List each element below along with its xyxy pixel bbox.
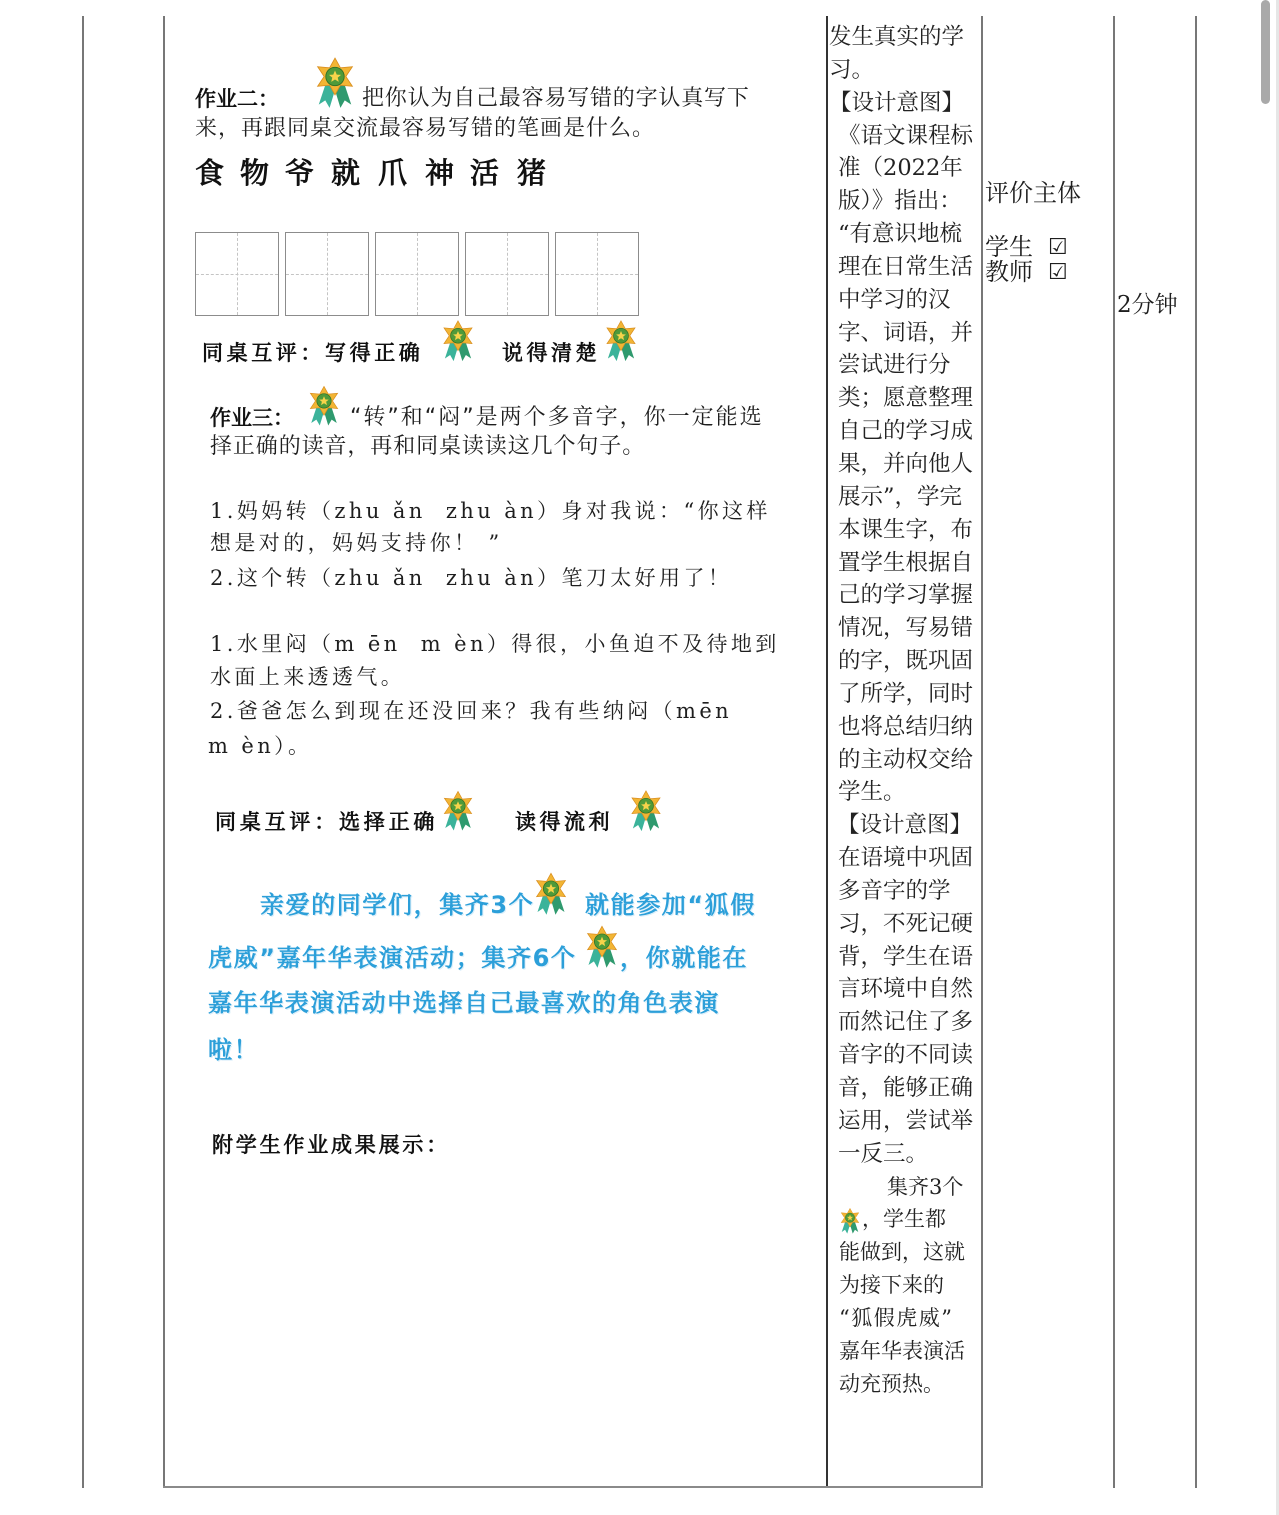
design-intent-line: 学生。 — [829, 776, 981, 809]
design-intent-line: 嘉年华表演活 — [829, 1335, 981, 1368]
reward-notice-line2-b: ，你就能在 — [620, 942, 748, 974]
homework3-label: 作业三： — [210, 403, 294, 433]
design-intent-cell: 发生真实的学 习。 【设计意图】 《语文课程标 准（2022年 版）》指出： “… — [829, 21, 981, 1400]
medal-icon — [440, 320, 476, 362]
design-intent-line: 在语境中巩固 — [829, 842, 981, 875]
reward-notice-line4: 啦！ — [208, 1034, 259, 1066]
practice-char: 物 — [240, 157, 269, 189]
sentence-men-2-line1: 2.爸爸怎么到现在还没回来？我有些纳闷（mēn — [210, 695, 732, 727]
design-intent-line: 本课生字，布 — [829, 514, 981, 547]
design-intent-line: 能做到，这就 — [829, 1236, 981, 1269]
checked-box-icon[interactable]: ☑ — [1048, 235, 1068, 260]
evaluation-option-student: 学生 ☑ — [985, 235, 1033, 260]
table-border-bottom — [163, 1486, 983, 1488]
peer-review-1-criterion-1: 同桌互评：写得正确 — [202, 338, 423, 368]
peer-review-2-criterion-1: 同桌互评：选择正确 — [215, 807, 438, 837]
design-intent-line: 音，能够正确 — [829, 1072, 981, 1105]
medal-icon — [307, 385, 341, 427]
design-intent-line: 的字，既巩固 — [829, 645, 981, 678]
design-intent-line: 的主动权交给 — [829, 744, 981, 777]
design-intent-line: “狐假虎威” — [829, 1302, 981, 1335]
design-intent-line: 动充预热。 — [829, 1368, 981, 1401]
design-intent-line: 字、词语，并 — [829, 317, 981, 350]
writing-grid-box — [195, 232, 279, 316]
practice-char: 食 — [195, 157, 224, 189]
homework2-label: 作业二： — [195, 84, 279, 114]
table-border-col5-left — [1113, 16, 1115, 1488]
medal-icon — [628, 790, 664, 832]
design-intent-line: 己的学习掌握 — [829, 579, 981, 612]
homework2-instruction-line1: 把你认为自己最容易写错的字认真写下 — [362, 84, 750, 114]
homework2-instruction-line2: 来，再跟同桌交流最容易写错的笔画是什么。 — [195, 114, 655, 144]
design-intent-line: 背，学生在语 — [829, 941, 981, 974]
evaluation-option-label: 学生 — [985, 233, 1033, 261]
homework3-instruction-line1: “转”和“闷”是两个多音字，你一定能选 — [350, 403, 764, 433]
peer-review-2-criterion-2: 读得流利 — [515, 807, 613, 837]
sentence-men-1-line1: 1.水里闷（m ēn m èn）得很，小鱼迫不及待地到 — [210, 628, 780, 660]
design-intent-line: 准（2022年 — [829, 152, 981, 185]
design-intent-line: 一反三。 — [829, 1138, 981, 1171]
design-intent-text: ，学生都 — [862, 1207, 946, 1231]
vertical-scrollbar-thumb[interactable] — [1261, 0, 1270, 104]
design-intent-line: 类；愿意整理 — [829, 382, 981, 415]
time-duration: 2分钟 — [1117, 290, 1178, 320]
evaluation-subject-title: 评价主体 — [985, 178, 1081, 208]
practice-char: 活 — [470, 157, 499, 189]
design-intent-line: 言环境中自然 — [829, 973, 981, 1006]
design-intent-line: 展示”，学完 — [829, 481, 981, 514]
design-intent-line: 发生真实的学 — [829, 21, 981, 54]
table-border-col6-left — [1195, 16, 1197, 1488]
design-intent-line: 多音字的学 — [829, 875, 981, 908]
design-intent-line: 为接下来的 — [829, 1269, 981, 1302]
checked-box-icon[interactable]: ☑ — [1048, 260, 1068, 285]
medal-icon — [603, 320, 639, 362]
writing-grid-box — [555, 232, 639, 316]
attachment-label: 附学生作业成果展示： — [212, 1130, 450, 1160]
practice-char: 就 — [331, 157, 360, 189]
sentence-zhuan-1-line2: 想是对的，妈妈支持你！ ” — [210, 527, 503, 559]
reward-notice-line1-a: 亲爱的同学们，集齐3个 — [260, 889, 534, 921]
design-intent-line: 置学生根据自 — [829, 547, 981, 580]
practice-char: 爪 — [378, 157, 407, 189]
design-intent-line: 也将总结归纳 — [829, 711, 981, 744]
design-intent-line: 而然记住了多 — [829, 1006, 981, 1039]
design-intent-line: 理在日常生活 — [829, 251, 981, 284]
medal-icon — [839, 1207, 861, 1235]
design-intent-line-with-medal: ，学生都 — [829, 1203, 981, 1236]
design-intent-heading: 【设计意图】 — [829, 87, 981, 120]
sentence-men-1-line2: 水面上来透透气。 — [210, 661, 405, 693]
design-intent-line: 尝试进行分 — [829, 349, 981, 382]
design-intent-line: 中学习的汉 — [829, 284, 981, 317]
design-intent-line: “有意识地梳 — [829, 218, 981, 251]
table-border-col2-left — [163, 16, 165, 1488]
design-intent-heading: 【设计意图】 — [829, 809, 981, 842]
design-intent-line: 了所学，同时 — [829, 678, 981, 711]
table-border-col3-left — [826, 16, 828, 1488]
writing-grid-box — [285, 232, 369, 316]
peer-review-1-criterion-2: 说得清楚 — [502, 338, 600, 368]
design-intent-line: 《语文课程标 — [829, 120, 981, 153]
writing-grid-box — [465, 232, 549, 316]
medal-icon — [584, 925, 620, 969]
design-intent-line: 习。 — [829, 54, 981, 87]
sentence-men-2-line2: m èn）。 — [208, 730, 312, 762]
evaluation-option-label: 教师 — [985, 258, 1033, 286]
design-intent-line: 情况，写易错 — [829, 612, 981, 645]
design-intent-line: 版）》指出： — [829, 185, 981, 218]
practice-char: 爷 — [285, 157, 314, 189]
design-intent-line: 自己的学习成 — [829, 415, 981, 448]
sentence-zhuan-2: 2.这个转（zhu ǎn zhu àn）笔刀太好用了！ — [210, 562, 732, 594]
practice-char: 神 — [425, 157, 454, 189]
reward-notice-line1-b: 就能参加“狐假 — [585, 889, 756, 921]
design-intent-line: 习，不死记硬 — [829, 908, 981, 941]
evaluation-option-teacher: 教师 ☑ — [985, 260, 1033, 285]
practice-char: 猪 — [517, 157, 546, 189]
medal-icon — [441, 790, 475, 832]
writing-grid-box — [375, 232, 459, 316]
reward-notice-line2-a: 虎威”嘉年华表演活动；集齐6个 — [208, 942, 576, 974]
sentence-zhuan-1-line1: 1.妈妈转（zhu ǎn zhu àn）身对我说：“你这样 — [210, 495, 771, 527]
medal-icon — [313, 57, 357, 109]
design-intent-line: 果，并向他人 — [829, 448, 981, 481]
table-border-col4-left — [981, 16, 983, 1488]
medal-icon — [533, 872, 569, 916]
design-intent-line: 音字的不同读 — [829, 1039, 981, 1072]
design-intent-line: 运用，尝试举 — [829, 1105, 981, 1138]
reward-notice-line3: 嘉年华表演活动中选择自己最喜欢的角色表演 — [208, 987, 720, 1019]
homework3-instruction-line2: 择正确的读音，再和同桌读读这几个句子。 — [210, 432, 645, 462]
design-intent-line: 集齐3个 — [829, 1171, 981, 1204]
table-border-col1-left — [82, 16, 84, 1488]
